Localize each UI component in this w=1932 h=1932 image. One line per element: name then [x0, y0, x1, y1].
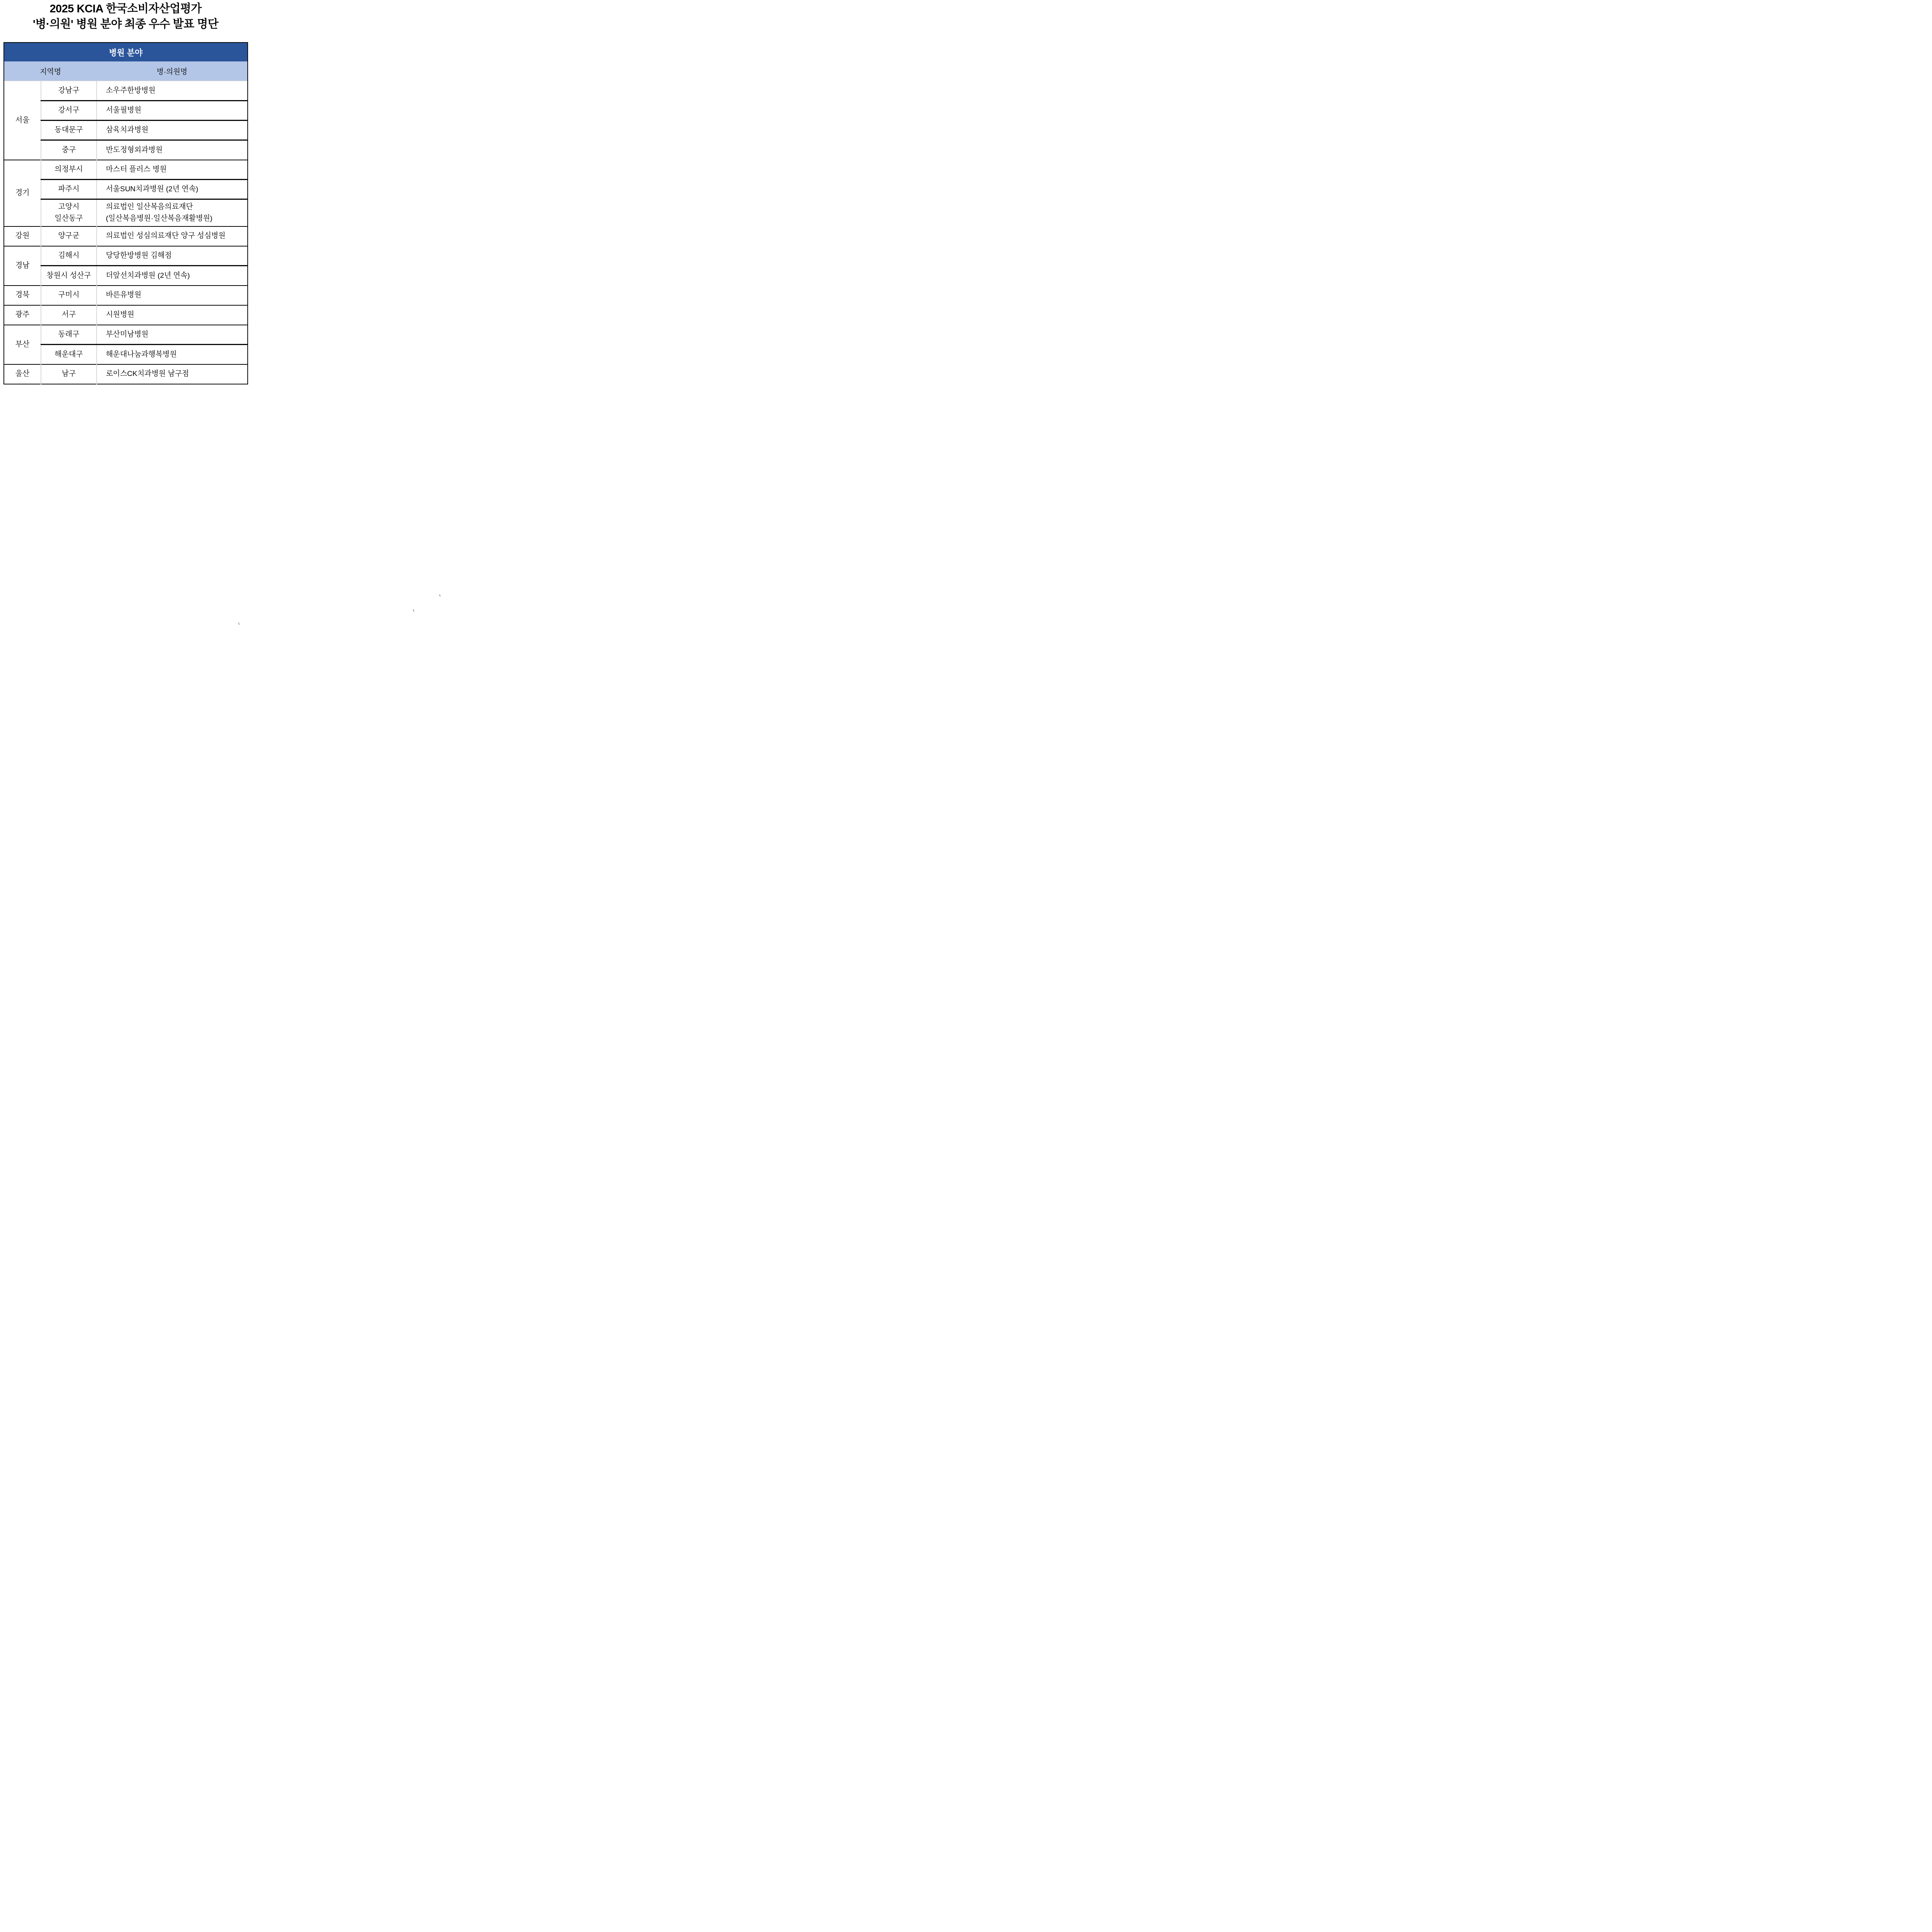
- region-cell-gyeongbuk: 경북: [4, 286, 41, 305]
- table-row: 경북 구미시 바른유병원: [4, 286, 248, 305]
- table-subheader-row: 지역명 병·의원명: [4, 61, 248, 81]
- stray-l-mark: L: [439, 594, 441, 597]
- hospital-cell: 당당한방병원 김해점: [97, 246, 248, 266]
- district-cell: 해운대구: [41, 345, 97, 364]
- district-cell: 서구: [41, 305, 97, 325]
- hospital-cell: 의료법인 성심의료재단 양구 성심병원: [97, 226, 248, 246]
- district-cell: 파주시: [41, 180, 97, 199]
- column-header-hospital: 병·의원명: [97, 61, 248, 81]
- table-row: 부산 동래구 부산미남병원: [4, 325, 248, 345]
- table-title-cell: 병원 분야: [4, 43, 248, 61]
- table-row: 강원 양구군 의료법인 성심의료재단 양구 성심병원: [4, 226, 248, 246]
- district-cell: 동래구: [41, 325, 97, 345]
- district-cell: 창원시 성산구: [41, 266, 97, 286]
- district-cell: 동대문구: [41, 121, 97, 140]
- district-cell: 강서구: [41, 101, 97, 121]
- hospital-cell: 서울SUN치과병원 (2년 연속): [97, 180, 248, 199]
- region-cell-gyeonggi: 경기: [4, 160, 41, 226]
- table-row: 광주 서구 시원병원: [4, 305, 248, 325]
- hospital-cell: 마스터 플러스 병원: [97, 160, 248, 180]
- district-cell: 김해시: [41, 246, 97, 266]
- page-title: 2025 KCIA 한국소비자산업평가 '병·의원' 병원 분야 최종 우수 발…: [3, 1, 248, 32]
- hospital-award-table: 병원 분야 지역명 병·의원명 서울 강남구 소우주한방병원 강서구 서울필병원…: [3, 42, 248, 384]
- district-cell: 중구: [41, 140, 97, 160]
- district-cell: 고양시 일산동구: [41, 199, 97, 226]
- district-cell: 양구군: [41, 226, 97, 246]
- district-cell: 강남구: [41, 81, 97, 101]
- hospital-cell: 삼육치과병원: [97, 121, 248, 140]
- region-cell-gyeongnam: 경남: [4, 246, 41, 286]
- region-cell-ulsan: 울산: [4, 364, 41, 384]
- table-header-row: 병원 분야: [4, 43, 248, 61]
- region-cell-gangwon: 강원: [4, 226, 41, 246]
- page-title-line2: '병·의원' 병원 분야 최종 우수 발표 명단: [3, 17, 248, 32]
- district-cell: 의정부시: [41, 160, 97, 180]
- page-title-line1: 2025 KCIA 한국소비자산업평가: [3, 1, 248, 17]
- column-header-region: 지역명: [4, 61, 97, 81]
- hospital-cell: 반도정형외과병원: [97, 140, 248, 160]
- hospital-cell: 시원병원: [97, 305, 248, 325]
- table-row: 울산 남구 로이스CK치과병원 남구점: [4, 364, 248, 384]
- table-row: 경남 김해시 당당한방병원 김해점: [4, 246, 248, 266]
- stray-l-mark: L: [413, 609, 415, 612]
- hospital-cell: 해운대나눔과행복병원: [97, 345, 248, 364]
- region-cell-seoul: 서울: [4, 81, 41, 160]
- hospital-cell: 소우주한방병원: [97, 81, 248, 101]
- hospital-cell: 의료법인 일산복음의료재단 (일산복음병원·일산복음재활병원): [97, 199, 248, 226]
- region-cell-busan: 부산: [4, 325, 41, 364]
- table-row: 서울 강남구 소우주한방병원: [4, 81, 248, 101]
- hospital-cell: 더앞선치과병원 (2년 연속): [97, 266, 248, 286]
- district-cell: 구미시: [41, 286, 97, 305]
- hospital-cell: 부산미남병원: [97, 325, 248, 345]
- stray-l-mark: L: [238, 622, 240, 625]
- hospital-cell: 바른유병원: [97, 286, 248, 305]
- hospital-cell: 로이스CK치과병원 남구점: [97, 364, 248, 384]
- region-cell-gwangju: 광주: [4, 305, 41, 325]
- table-row: 경기 의정부시 마스터 플러스 병원: [4, 160, 248, 180]
- district-cell: 남구: [41, 364, 97, 384]
- hospital-cell: 서울필병원: [97, 101, 248, 121]
